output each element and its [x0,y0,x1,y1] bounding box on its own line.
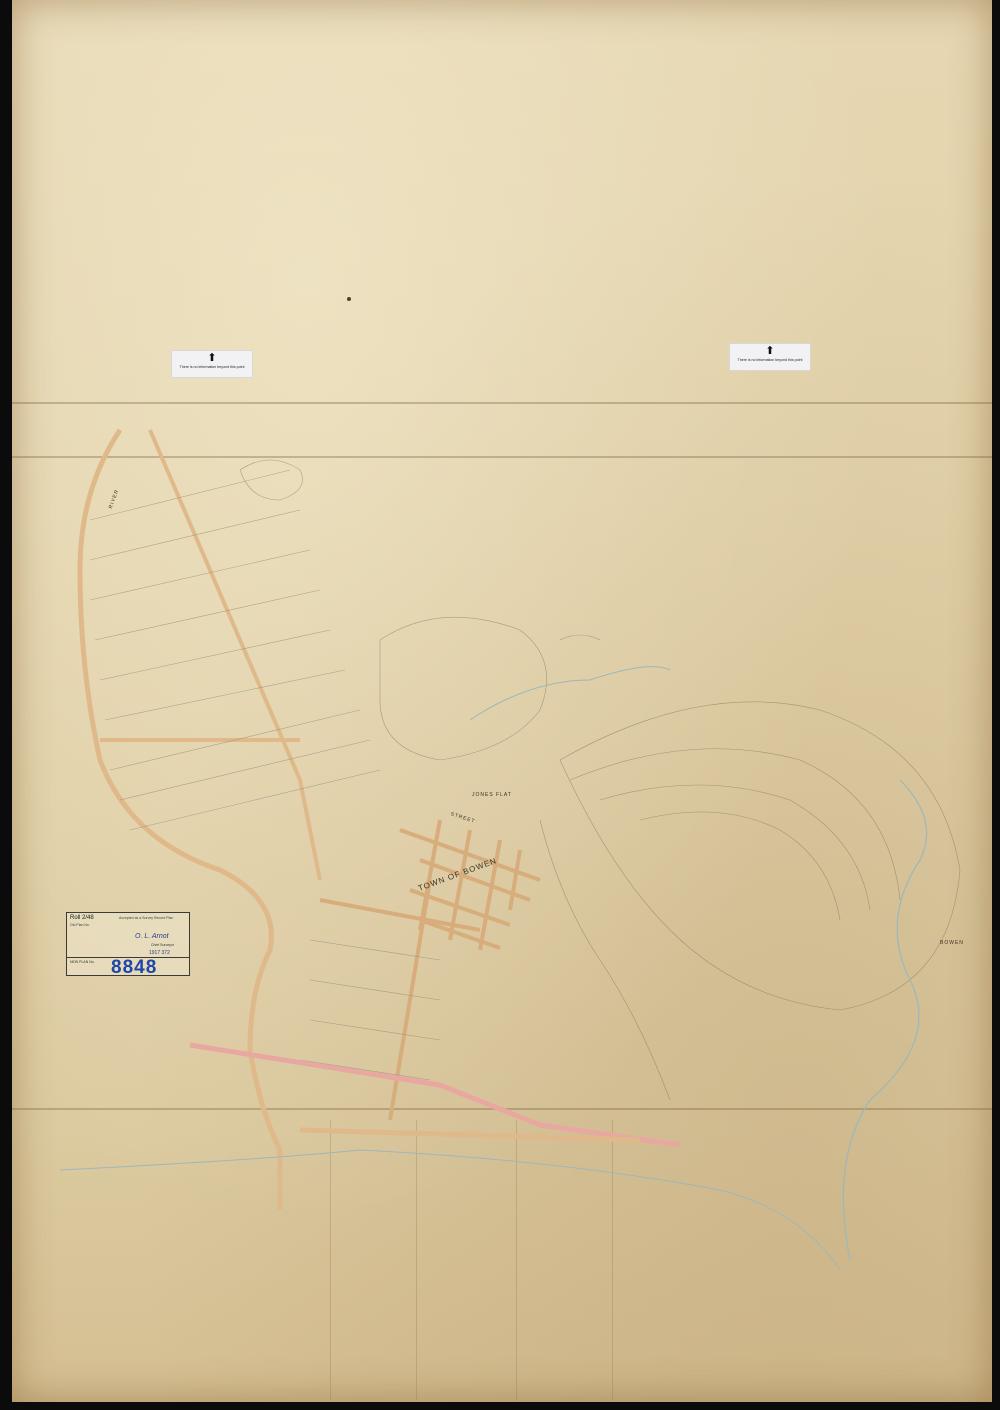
signature: O. L. Arnot [135,933,169,940]
approved-text: Accepted as a Survey Record Plan [119,916,185,921]
plan-number: 8848 [111,957,157,979]
no-info-notice: ⬆ There is no information beyond this po… [729,343,811,371]
bowen-river [843,780,926,1260]
stain [347,297,351,301]
flat-label: JONES FLAT [472,792,512,798]
main-road [190,1045,680,1145]
survey-drawing [0,0,1000,1410]
lot-lines [90,470,440,1080]
river-road-path [80,430,280,1210]
town-grid [320,820,540,1120]
new-plan-label: NEW PLAN No. [70,960,95,964]
reference-number: 1917 372 [149,950,170,956]
road [150,430,320,880]
coastline [60,1150,840,1270]
roll-number: Roll 2/48 [70,915,94,921]
bowen-label: BOWEN [940,940,964,946]
old-plan-label: Old Plan No. [70,923,90,927]
arrow-up-icon: ⬆ [172,352,252,364]
signature-title: Chief Surveyor [151,943,174,947]
survey-record-stamp: Roll 2/48 Old Plan No. Accepted as a Sur… [66,912,190,976]
no-info-notice: ⬆ There is no information beyond this po… [171,350,253,378]
hill-shading [240,460,960,1100]
arrow-up-icon: ⬆ [730,345,810,357]
